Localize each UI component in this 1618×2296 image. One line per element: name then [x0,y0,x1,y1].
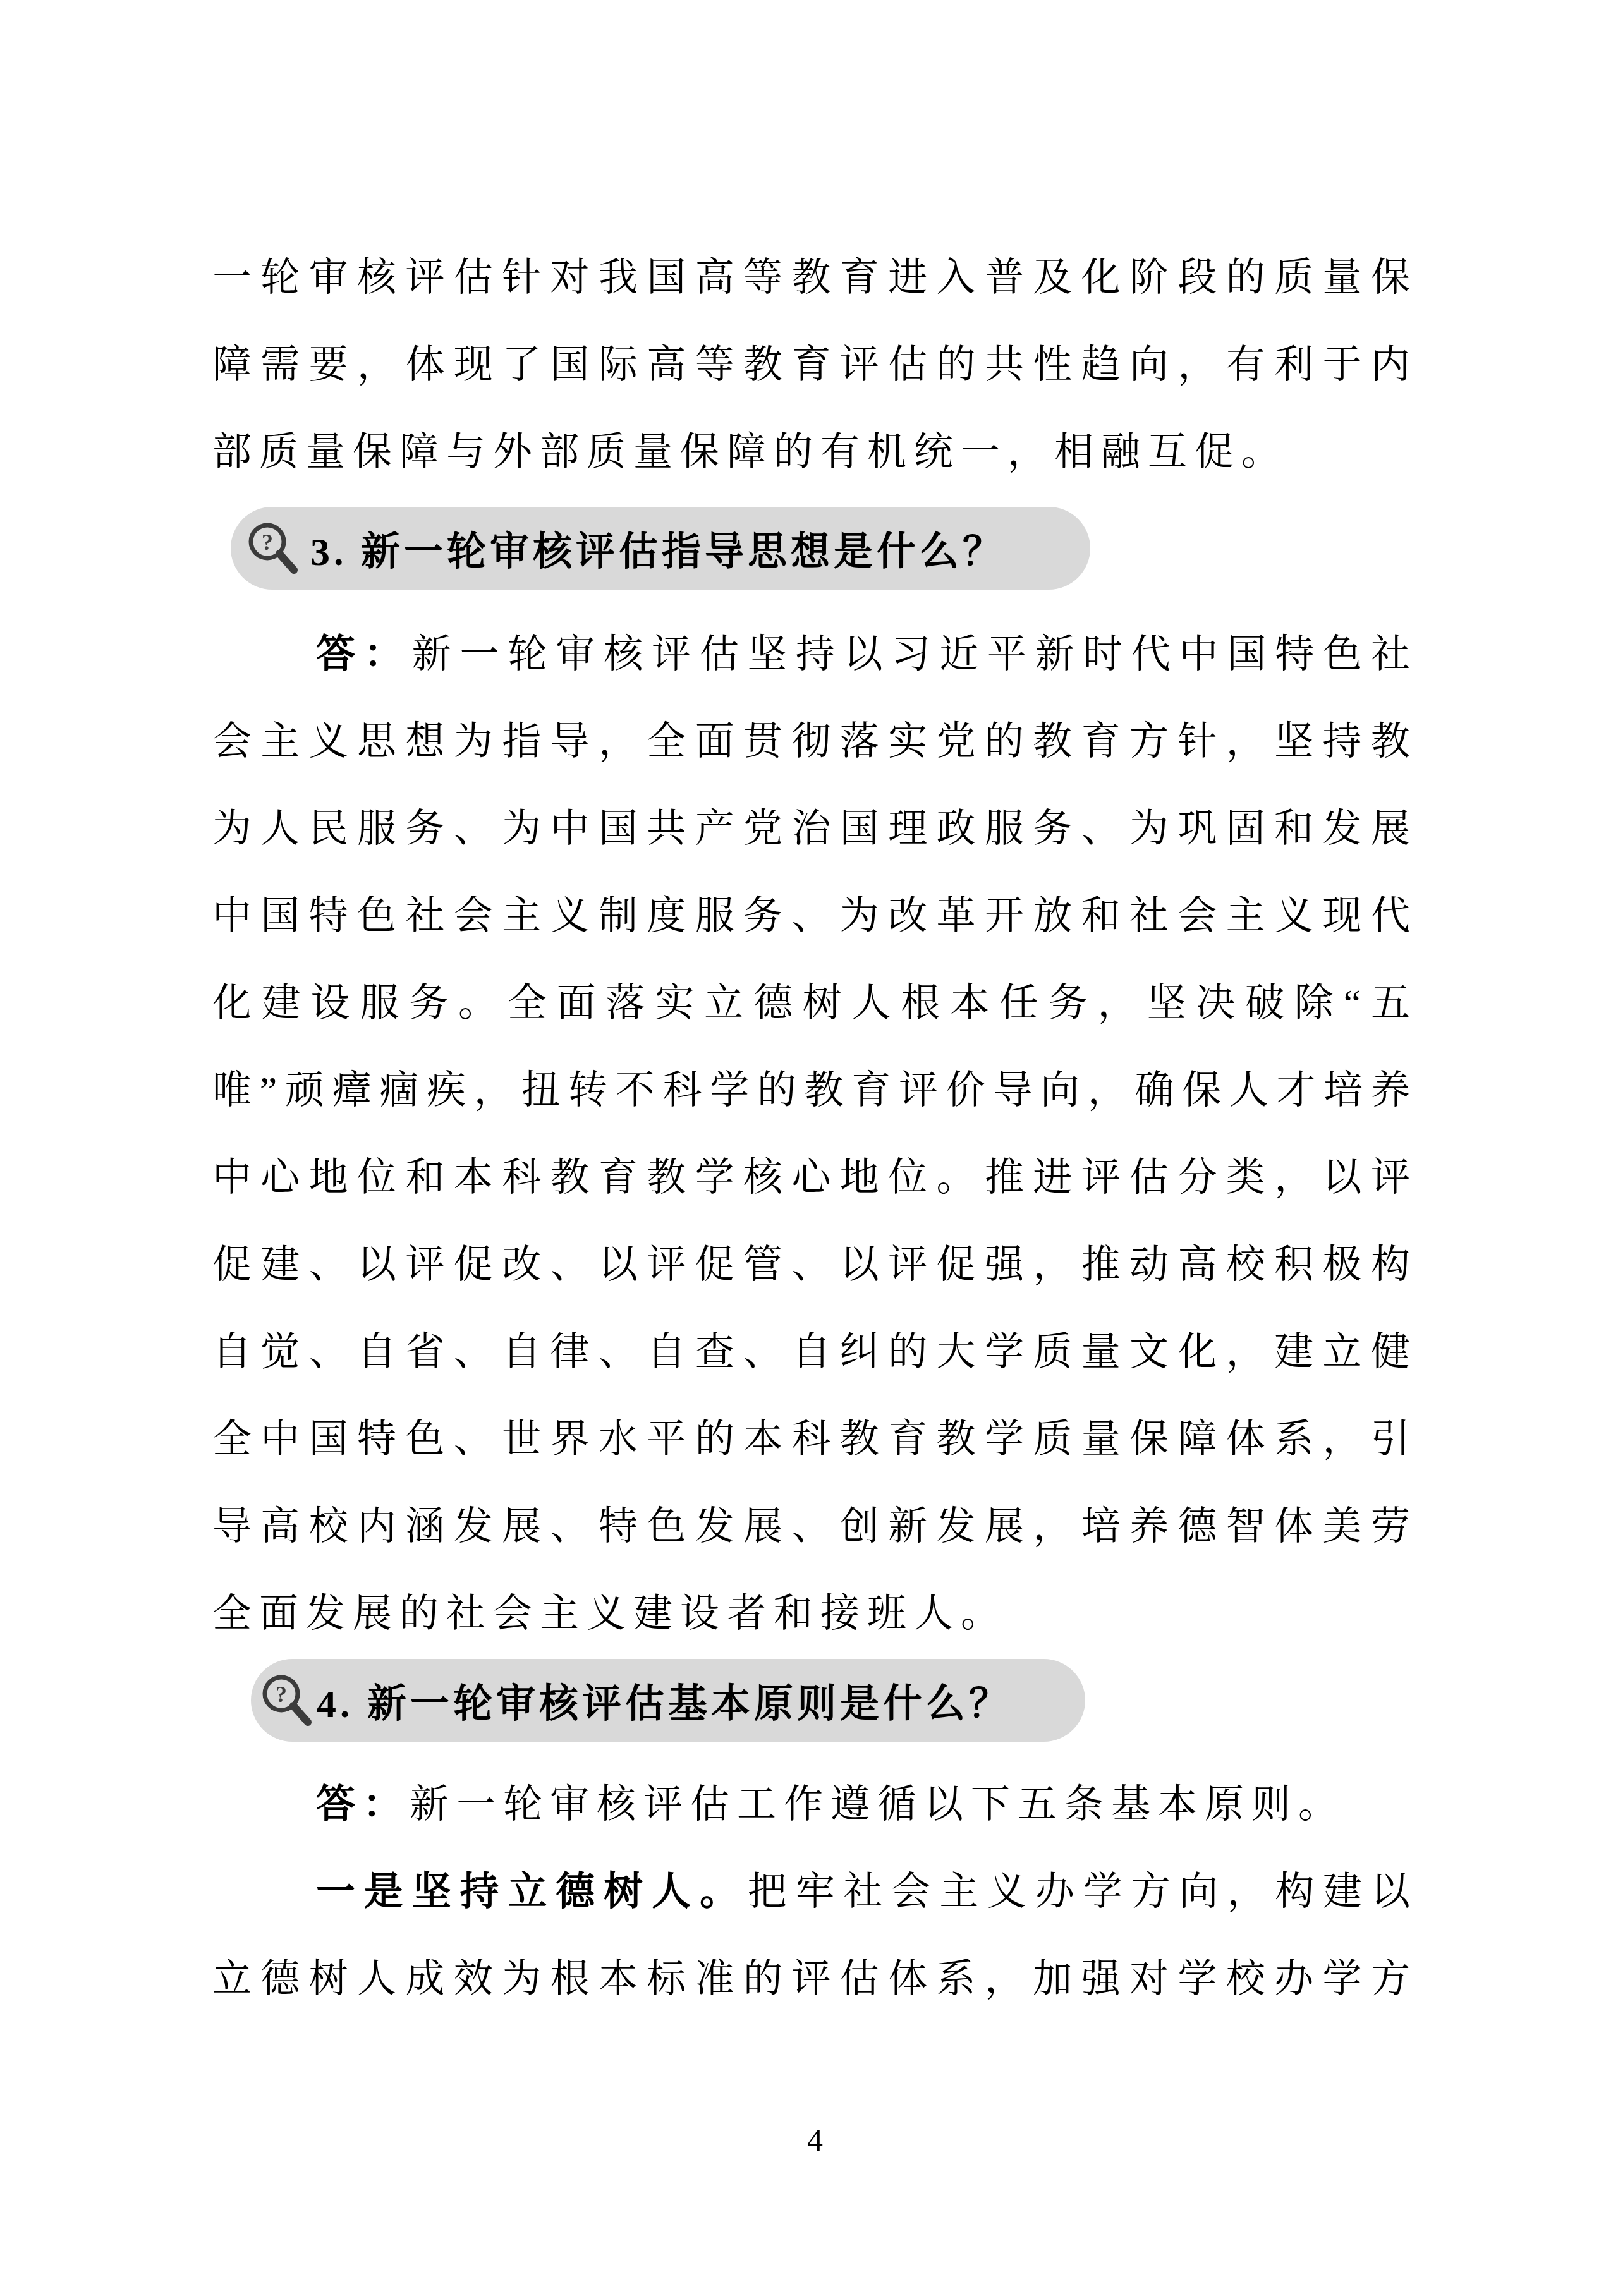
text-line: 促建、以评促改、以评促管、以评促强，推动高校积极构建 [212,1222,1418,1309]
svg-text:?: ? [276,1682,287,1707]
text-line: 部质量保障与外部质量保障的有机统一，相融互促。 [212,409,1418,496]
answer-4-paragraph: 答：新一轮审核评估工作遵循以下五条基本原则。 一是坚持立德树人。把牢社会主义办学… [212,1761,1418,2023]
text-line: 立德树人成效为根本标准的评估体系，加强对学校办学方 [212,1936,1418,2023]
text-line: 障需要，体现了国际高等教育评估的共性趋向，有利于内 [212,322,1418,409]
question-4-header: ? 4. 新一轮审核评估基本原则是什么？ [251,1659,1085,1742]
text-line: 会主义思想为指导，全面贯彻落实党的教育方针，坚持教育 [212,698,1418,786]
page-footer: 4 [212,2124,1418,2156]
magnifier-question-icon: ? [260,1674,313,1727]
text-line: 一是坚持立德树人。把牢社会主义办学方向，构建以 [212,1849,1418,1936]
answer-text: 新一轮审核评估工作遵循以下五条基本原则。 [410,1783,1345,1826]
text-line: 化建设服务。全面落实立德树人根本任务，坚决破除“五 [212,960,1418,1047]
text-line: 中国特色社会主义制度服务、为改革开放和社会主义现代 [212,873,1418,960]
page-number: 4 [212,2124,1418,2156]
question-4-label: 4. 新一轮审核评估基本原则是什么？ [317,1672,1012,1728]
text-line: 全中国特色、世界水平的本科教育教学质量保障体系，引 [212,1396,1418,1483]
text-line: 自觉、自省、自律、自查、自纠的大学质量文化，建立健 [212,1309,1418,1396]
text-line: 导高校内涵发展、特色发展、创新发展，培养德智体美劳 [212,1483,1418,1570]
answer-lead: 答： [316,1783,410,1826]
principle-title: 一是坚持立德树人。 [316,1871,748,1914]
document-page: 一轮审核评估针对我国高等教育进入普及化阶段的质量保 障需要，体现了国际高等教育评… [212,0,1418,2156]
text-line: 中心地位和本科教育教学核心地位。推进评估分类，以评 [212,1134,1418,1222]
answer-text: 新一轮审核评估坚持以习近平新时代中国特色社 [412,633,1418,676]
intro-paragraph: 一轮审核评估针对我国高等教育进入普及化阶段的质量保 障需要，体现了国际高等教育评… [212,234,1418,496]
svg-text:?: ? [262,530,273,555]
answer-3-paragraph: 答：新一轮审核评估坚持以习近平新时代中国特色社 会主义思想为指导，全面贯彻落实党… [212,611,1418,1658]
text-line: 一轮审核评估针对我国高等教育进入普及化阶段的质量保 [212,234,1418,322]
text-line: 答：新一轮审核评估坚持以习近平新时代中国特色社 [212,611,1418,698]
question-3-label: 3. 新一轮审核评估指导思想是什么？ [310,520,1006,576]
principle-text: 把牢社会主义办学方向，构建以 [748,1871,1418,1914]
question-3-header: ? 3. 新一轮审核评估指导思想是什么？ [231,507,1090,590]
text-line: 为人民服务、为中国共产党治国理政服务、为巩固和发展 [212,786,1418,873]
text-line: 全面发展的社会主义建设者和接班人。 [212,1570,1418,1658]
text-line: 唯”顽瘴痼疾，扭转不科学的教育评价导向，确保人才培养 [212,1047,1418,1134]
magnifier-question-icon: ? [246,522,299,575]
text-line: 答：新一轮审核评估工作遵循以下五条基本原则。 [212,1761,1418,1849]
answer-lead: 答： [316,633,412,676]
